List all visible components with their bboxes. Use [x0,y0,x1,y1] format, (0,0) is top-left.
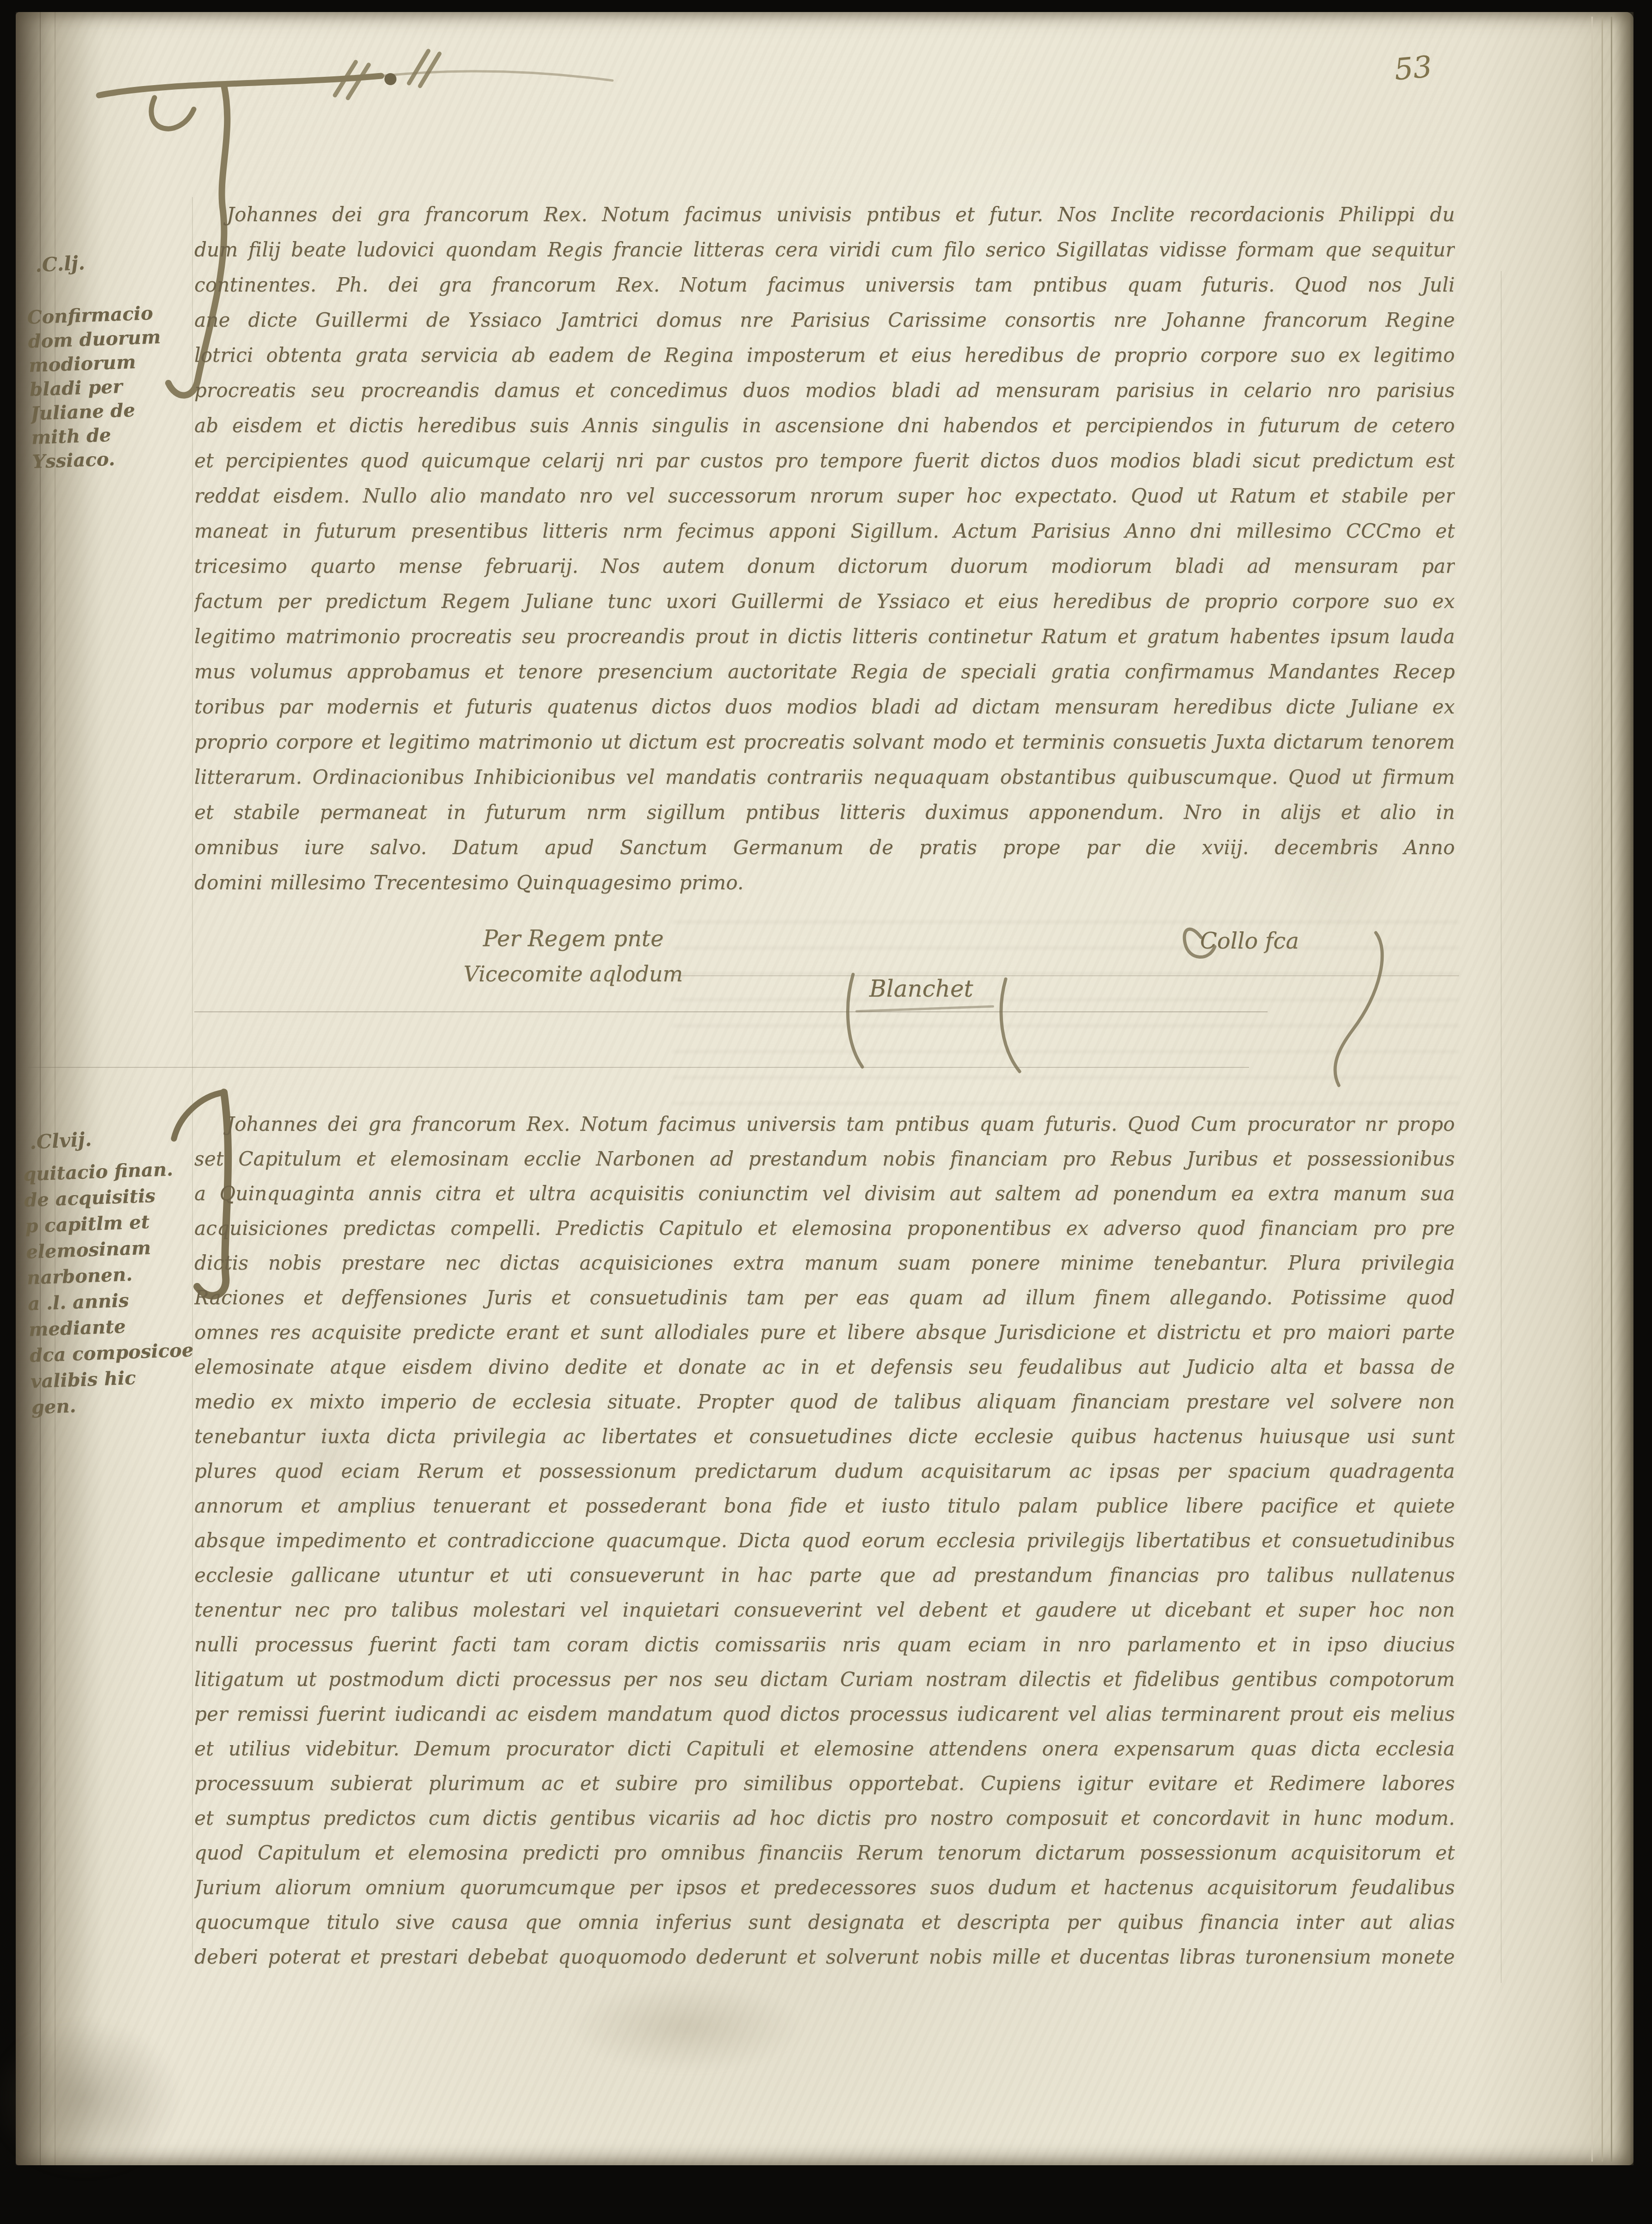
page-edge-line [1611,17,1612,2162]
ink-blot [384,73,396,85]
manuscript-text-line: quod Capitulum et elemosina predicti pro… [194,1835,1455,1870]
manuscript-text-line: tenebantur iuxta dicta privilegia ac lib… [194,1419,1455,1454]
manuscript-text-line: dictis nobis prestare nec dictas acquisi… [194,1245,1455,1280]
parchment-stain [571,1983,802,2071]
chancery-note-per-regem: Per Regem pnte [483,926,664,952]
manuscript-text-line: legitimo matrimonio procreatis seu procr… [194,619,1455,654]
manuscript-text-line: quocumque titulo sive causa que omnia in… [194,1905,1455,1939]
manuscript-text-line: et sumptus predictos cum dictis gentibus… [194,1801,1455,1835]
manuscript-text-line: et utilius videbitur. Demum procurator d… [194,1731,1455,1766]
manuscript-text-line: et percipientes quod quicumque celarij n… [194,443,1455,478]
manuscript-scan: 53 .C.lj. Confirmaciodom duorummodiorumb… [0,0,1652,2224]
chancery-note-vicecomite: Vicecomite aqlodum [464,961,683,986]
manuscript-text-line: domini millesimo Trecentesimo Quinquages… [194,865,1455,900]
manuscript-text-line: et stabile permaneat in futurum nrm sigi… [194,795,1455,830]
manuscript-text-line: toribus par modernis et futuris quatenus… [194,689,1455,725]
page-edge-line [1591,17,1593,2162]
manuscript-text-line: tenentur nec pro talibus molestari vel i… [194,1592,1455,1627]
manuscript-text-line: annorum et amplius tenuerant et posseder… [194,1488,1455,1523]
manuscript-text-line: reddat eisdem. Nullo alio mandato nro ve… [194,478,1455,514]
manuscript-text-line: omnibus iure salvo. Datum apud Sanctum G… [194,830,1455,865]
manuscript-text-line: litterarum. Ordinacionibus Inhibicionibu… [194,760,1455,795]
manuscript-text-line: continentes. Ph. dei gra francorum Rex. … [194,267,1455,303]
page-edge-line [1602,17,1603,2162]
manuscript-text-line: nulli processus fuerint facti tam coram … [194,1627,1455,1662]
manuscript-text-line: factum per predictum Regem Juliane tunc … [194,584,1455,619]
margin-ruling-line [1501,271,1502,1983]
manuscript-text-line: elemosinate atque eisdem divino dedite e… [194,1350,1455,1384]
manuscript-text-line: absque impedimento et contradiccione qua… [194,1523,1455,1558]
manuscript-text-line: tricesimo quarto mense februarij. Nos au… [194,549,1455,584]
manuscript-text-line: Jurium aliorum omnium quorumcumque per i… [194,1870,1455,1905]
folio-number: 53 [1393,50,1434,87]
charter-text-paragraph-1: Johannes dei gra francorum Rex. Notum fa… [194,197,1455,900]
charter-text-paragraph-2: Johannes dei gra francorum Rex. Notum fa… [194,1107,1455,1974]
manuscript-text-line: acquisiciones predictas compelli. Predic… [194,1211,1455,1245]
manuscript-text-line: litigatum ut postmodum dicti processus p… [194,1662,1455,1697]
manuscript-text-line: processuum subierat plurimum ac et subir… [194,1766,1455,1801]
manuscript-text-line: deberi poterat et prestari debebat quoqu… [194,1939,1455,1974]
manuscript-text-line: Johannes dei gra francorum Rex. Notum fa… [194,197,1455,232]
manuscript-text-line: per remissi fuerint iudicandi ac eisdem … [194,1697,1455,1731]
manuscript-text-line: ane dicte Guillermi de Yssiaco Jamtrici … [194,303,1455,338]
manuscript-text-line: proprio corpore et legitimo matrimonio u… [194,725,1455,760]
manuscript-text-line: a Quinquaginta annis citra et ultra acqu… [194,1176,1455,1211]
manuscript-text-line: Johannes dei gra francorum Rex. Notum fa… [194,1107,1455,1141]
manuscript-text-line: procreatis seu procreandis damus et conc… [194,373,1455,408]
manuscript-text-line: dum filij beate ludovici quondam Regis f… [194,232,1455,267]
manuscript-text-line: maneat in futurum presentibus litteris n… [194,514,1455,549]
manuscript-text-line: Raciones et deffensiones Juris et consue… [194,1280,1455,1315]
manuscript-text-line: set Capitulum et elemosinam ecclie Narbo… [194,1141,1455,1176]
manuscript-text-line: medio ex mixto imperio de ecclesia situa… [194,1384,1455,1419]
manuscript-text-line: omnes res acquisite predicte erant et su… [194,1315,1455,1350]
manuscript-text-line: ecclesie gallicane utuntur et uti consue… [194,1558,1455,1592]
manuscript-text-line: ab eisdem et dictis heredibus suis Annis… [194,408,1455,443]
manuscript-text-line: mus volumus approbamus et tenore presenc… [194,654,1455,689]
manuscript-text-line: plures quod eciam Rerum et possessionum … [194,1454,1455,1488]
margin-chapter-number: .C.lj. [35,251,86,277]
manuscript-text-line: lotrici obtenta grata servicia ab eadem … [194,338,1455,373]
page-edge-shade [1614,12,1633,2165]
signature-flourish-strokes-icon [802,910,1450,1104]
margin-note-confirmacio: Confirmaciodom duorummodiorumbladi perJu… [27,299,213,474]
margin-chapter-number: .Clvij. [29,1128,93,1154]
parchment-page: 53 .C.lj. Confirmaciodom duorummodiorumb… [16,12,1633,2165]
